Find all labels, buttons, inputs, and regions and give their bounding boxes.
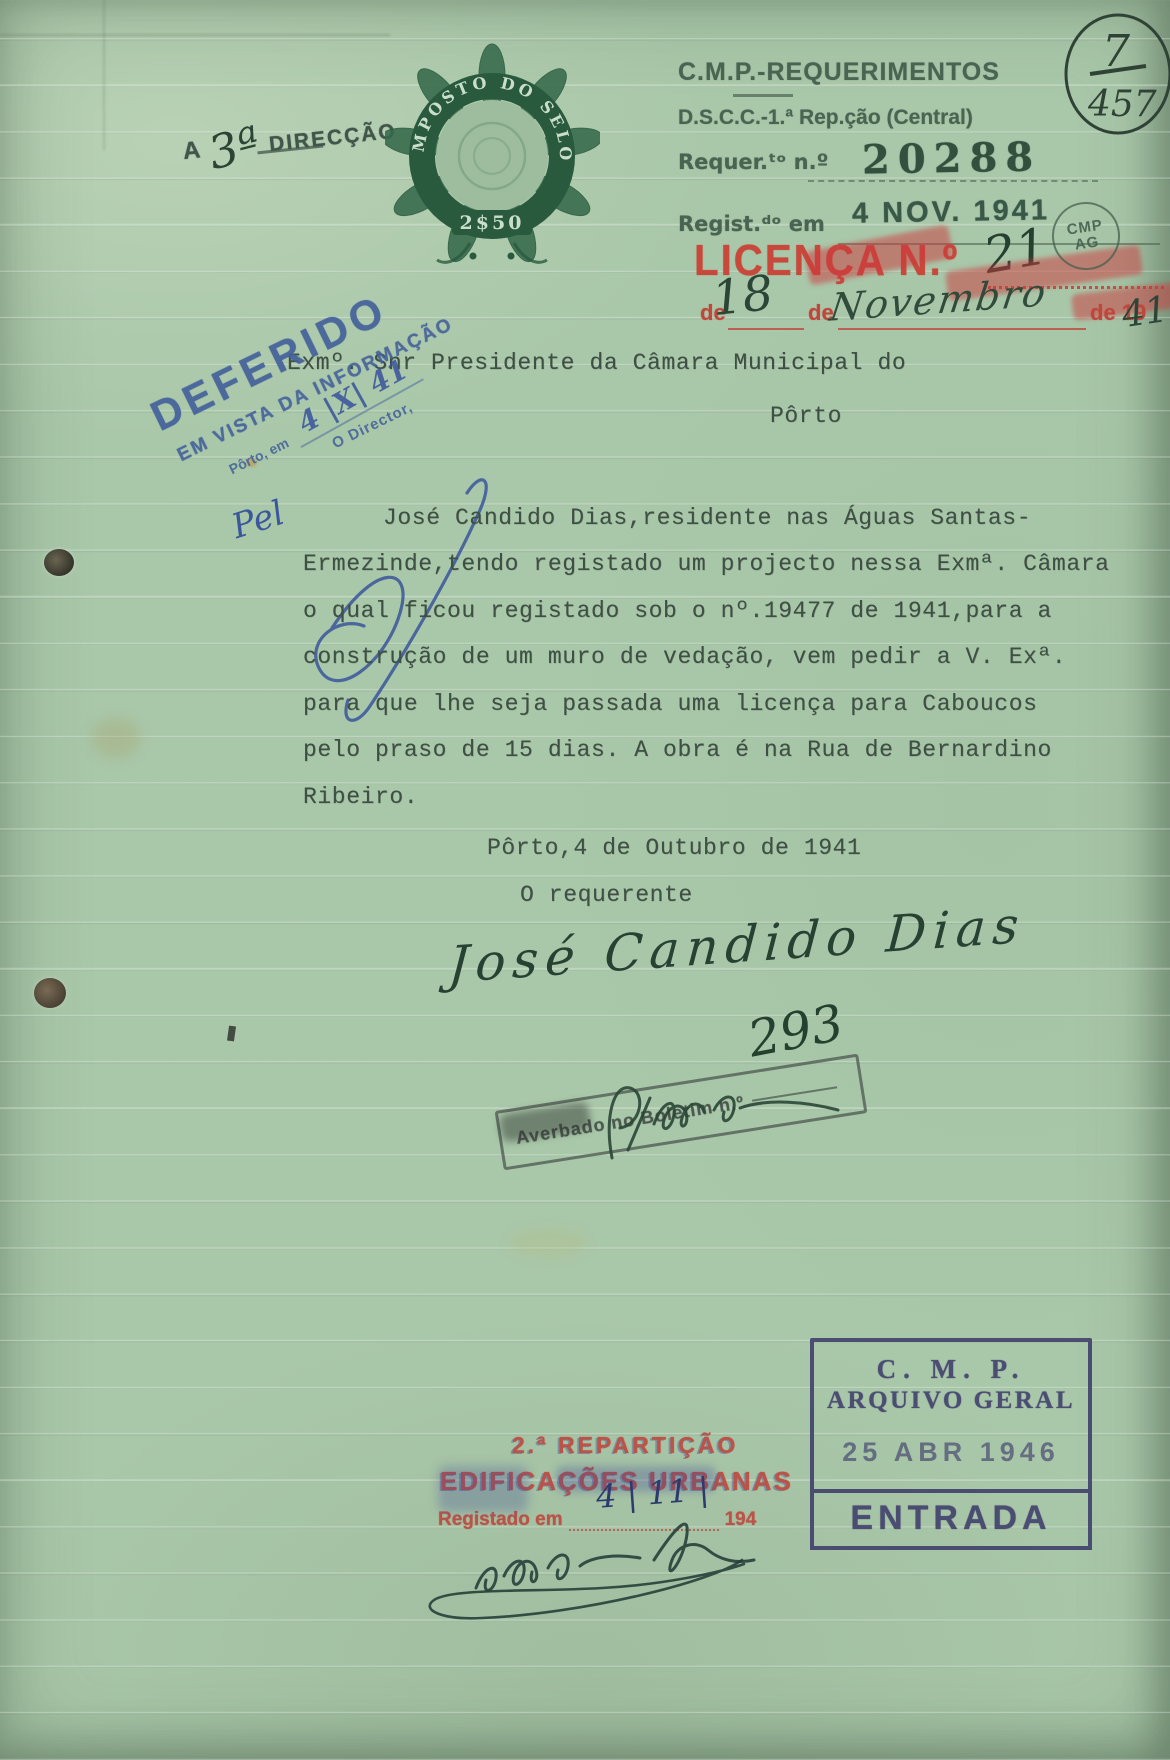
arquivo-geral-stamp: C. M. P. ARQUIVO GERAL 25 ABR 1946 ENTRA…: [810, 1338, 1092, 1550]
seal-value: 2$50: [460, 212, 525, 234]
punch-hole: [44, 549, 74, 576]
requer-number-label: Requer.ᵗᵒ n.º: [678, 150, 828, 174]
body-line: construção de um muro de vedação, vem pe…: [303, 644, 1066, 670]
year-handwritten: 41: [1119, 289, 1170, 336]
corner-ref-bottom: 457: [1087, 84, 1157, 125]
ink-smudge: [438, 1466, 528, 1512]
paper-stain: [92, 718, 140, 758]
reparticao-date-handwritten: 4 | 11 |: [595, 1470, 711, 1516]
body-line: Ribeiro.: [303, 784, 418, 810]
ink-mark: [227, 1026, 236, 1042]
body-line: pelo praso de 15 dias. A obra é na Rua d…: [303, 737, 1052, 763]
seal-inner: [436, 100, 548, 212]
date-line: [838, 328, 1086, 330]
direction-number-handwritten: 3ª: [205, 124, 264, 172]
scanned-document-page: A 3ª DIRECÇÃO IMPOSTO DO SELO 2$50: [0, 0, 1170, 1760]
corner-reference-oval: 7 457: [1056, 10, 1170, 142]
registry-dept-stamp: D.S.C.C.-1.ª Rep.ção (Central): [678, 106, 973, 130]
arquivo-date-stamp: 25 ABR 1946: [814, 1437, 1088, 1468]
direction-stamp-label: DIRECÇÃO: [268, 120, 398, 157]
addressee-line2: Pôrto: [770, 403, 842, 429]
arquivo-geral-label: ARQUIVO GERAL: [814, 1387, 1088, 1415]
body-line: José Candido Dias,residente nas Águas Sa…: [383, 505, 1031, 531]
registry-org-underline: [733, 94, 793, 97]
requerente-signature: José Candido Dias: [447, 896, 1028, 995]
boletim-signature: [598, 1058, 848, 1178]
body-dateline: Pôrto,4 de Outubro de 1941: [487, 835, 861, 861]
signature-flourish: [412, 1548, 752, 1638]
registered-on-label: Regist.ᵈᵒ em: [678, 212, 825, 236]
entrada-box: ENTRADA: [810, 1489, 1092, 1550]
day-handwritten: 18: [709, 265, 776, 327]
paper-crease-vertical: [103, 0, 105, 150]
direction-stamp: A 3ª DIRECÇÃO: [181, 107, 398, 166]
arquivo-cmp-label: C. M. P.: [814, 1354, 1088, 1385]
imposto-do-selo-seal: IMPOSTO DO SELO 2$50: [385, 38, 600, 273]
body-line: para que lhe seja passada uma licença pa…: [303, 691, 1038, 717]
ag-stamp-line2: AG: [1074, 234, 1100, 253]
registry-org-stamp: C.M.P.-REQUERIMENTOS: [678, 58, 1000, 87]
paper-stain: [508, 1228, 588, 1258]
paper-crease-horizontal: [0, 34, 390, 36]
reparticao-line1: 2.ª REPARTIÇÃO: [512, 1432, 810, 1459]
punch-hole: [34, 978, 66, 1008]
requerente-label: O requerente: [520, 882, 693, 908]
requer-number-stamp: 20288: [862, 133, 1042, 183]
date-line: [728, 328, 804, 330]
body-line: Ermezinde,tendo registado um projecto ne…: [303, 551, 1110, 577]
body-line: o qual ficou registado sob o nº.19477 de…: [303, 598, 1052, 624]
direction-stamp-a: A: [182, 136, 204, 166]
